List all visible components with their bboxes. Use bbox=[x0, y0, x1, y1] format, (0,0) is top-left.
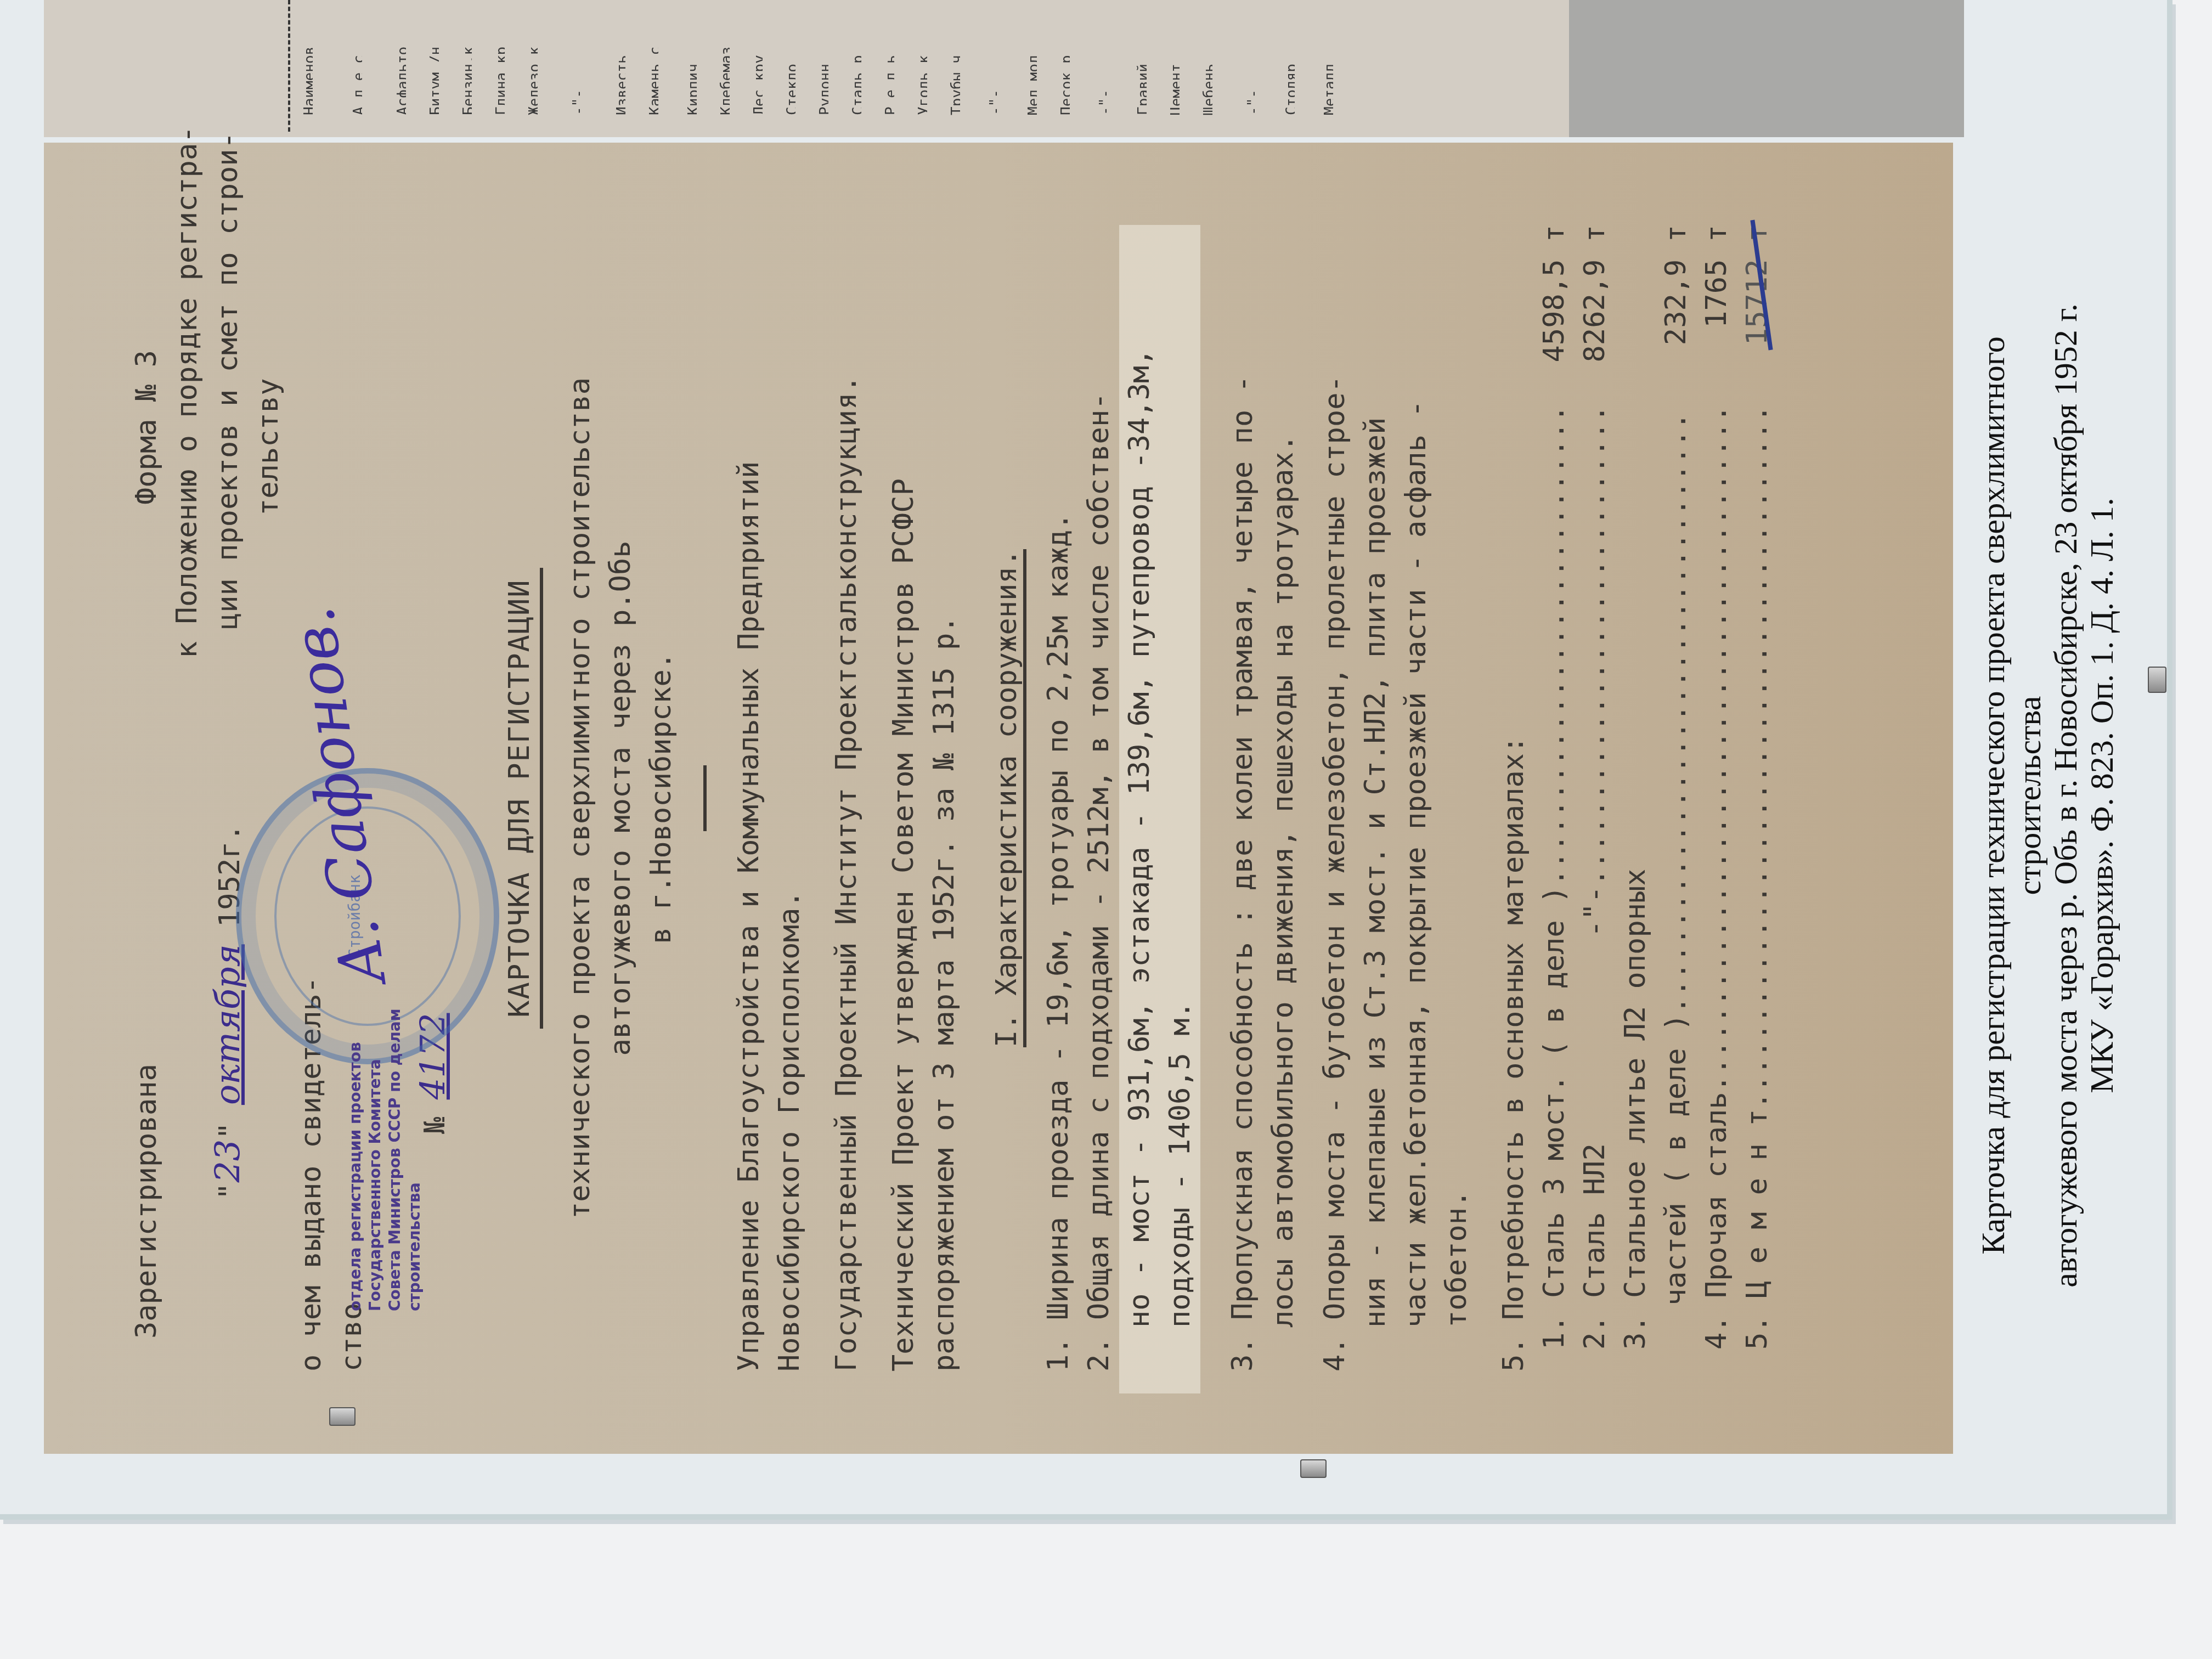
material-row: частей ( в деле ) ......................… bbox=[1656, 225, 1696, 1350]
divider bbox=[703, 765, 707, 831]
bg-column: Битум /н bbox=[428, 5, 439, 115]
background-archival-sheet: Наименов А л е с Асфальто Битум /н Бензи… bbox=[44, 0, 1964, 137]
struck-value: 15712 т bbox=[1741, 225, 1774, 345]
characteristic-item: 1. Ширина проезда - 19,6м, тротуары по 2… bbox=[1038, 225, 1079, 1372]
bg-column: Столяр bbox=[1284, 5, 1295, 115]
dashed-column-line bbox=[288, 0, 290, 132]
bg-column: Железо к bbox=[527, 5, 538, 115]
form-ref-line-1: к Положению о порядке регистра- bbox=[167, 143, 207, 658]
title-block: КАРТОЧКА ДЛЯ РЕГИСТРАЦИИ bbox=[499, 225, 543, 1372]
bg-column: Уголь к bbox=[916, 5, 927, 115]
bg-column: Мел мол bbox=[1026, 5, 1037, 115]
bg-column: Щебень bbox=[1201, 5, 1212, 115]
bg-column: Глина кр bbox=[494, 5, 505, 115]
bg-column: Асфальто bbox=[395, 5, 406, 115]
bg-column: -"- bbox=[988, 5, 998, 115]
material-row: 4. Прочая сталь ........................… bbox=[1696, 225, 1737, 1350]
characteristic-item: 4. Опоры моста - бутобетон и железобетон… bbox=[1314, 225, 1477, 1372]
bg-column: -"- bbox=[571, 5, 582, 115]
bg-column: А л е с bbox=[351, 5, 362, 115]
material-row: 1. Сталь 3 мост. ( в деле ) ............… bbox=[1534, 225, 1575, 1350]
bg-column: -"- bbox=[1245, 5, 1256, 115]
bg-column: Р е л ь bbox=[883, 5, 894, 115]
materials-list: 1. Сталь 3 мост. ( в деле ) ............… bbox=[1534, 225, 1778, 1372]
characteristic-continued: но - мост - 931,6м, эстакада - 139,6м, п… bbox=[1119, 225, 1200, 1393]
material-row: 3. Стальное литье Л2 опорных bbox=[1615, 225, 1656, 1350]
registration-card: Зарегистрирована "23" октября 1952г. о ч… bbox=[44, 143, 1953, 1454]
bg-column: Камень с bbox=[647, 5, 658, 115]
approval: Технический Проект утвержден Советом Мин… bbox=[883, 225, 964, 1372]
frame-clip-icon bbox=[329, 1407, 356, 1426]
form-number: Форма № 3 bbox=[126, 143, 167, 658]
bg-column: -"- bbox=[1097, 5, 1108, 115]
bg-column: Металл bbox=[1322, 5, 1333, 115]
bg-column: Клебемаз bbox=[719, 5, 730, 115]
section-characteristics-title: I. Характеристика сооружения. bbox=[986, 225, 1027, 1372]
caption-line-3: МКУ «Горархив». Ф. 823. Оп. 1. Д. 4. Л. … bbox=[2084, 274, 2120, 1317]
sheet-shadow bbox=[1569, 0, 1964, 137]
bg-column: Цемент bbox=[1169, 5, 1180, 115]
frame-clip-icon bbox=[2148, 667, 2166, 693]
designer: Государственный Проектный Институт Проек… bbox=[826, 225, 867, 1372]
bg-column: Сталь р bbox=[850, 5, 861, 115]
document-title: КАРТОЧКА ДЛЯ РЕГИСТРАЦИИ bbox=[499, 568, 543, 1028]
project-description: технического проекта сверхлимитного стро… bbox=[560, 225, 681, 1372]
form-ref-line-2: ции проектов и смет по строи- bbox=[207, 143, 248, 658]
materials-heading: 5. Потребность в основных материалах: bbox=[1493, 225, 1534, 1372]
bg-column: Известь bbox=[614, 5, 625, 115]
document-photo: Зарегистрирована "23" октября 1952г. о ч… bbox=[44, 143, 1953, 1454]
registration-day: 23 bbox=[207, 1139, 247, 1183]
characteristic-item: 2. Общая длина с подходами - 2512м, в то… bbox=[1079, 225, 1119, 1372]
bg-column: Лес кру bbox=[752, 5, 763, 115]
caption-line-1: Карточка для регистрации технического пр… bbox=[1975, 274, 2047, 1317]
header-row: Зарегистрирована "23" октября 1952г. о ч… bbox=[126, 225, 324, 1372]
customer: Управление Благоустройства и Коммунальны… bbox=[729, 225, 810, 1372]
bg-column: Рулонн bbox=[817, 5, 828, 115]
bg-column: Гравий bbox=[1136, 5, 1147, 115]
bg-column: Песок р bbox=[1059, 5, 1070, 115]
bg-column: Стекло bbox=[785, 5, 795, 115]
registration-month: октября bbox=[207, 944, 247, 1105]
caption-line-2: автогужевого моста через р. Обь в г. Нов… bbox=[2047, 274, 2084, 1317]
frame-clip-icon bbox=[1300, 1459, 1327, 1478]
bg-column: Трубы ч bbox=[949, 5, 960, 115]
material-row: 5. Ц е м е н т .........................… bbox=[1737, 225, 1778, 1350]
museum-caption: Карточка для регистрации технического пр… bbox=[1975, 274, 2118, 1317]
department-stamp: отдела регистрации проектов Государствен… bbox=[346, 949, 425, 1311]
registered-label: Зарегистрирована bbox=[126, 795, 167, 1372]
bg-column: Бензин,к bbox=[461, 5, 472, 115]
characteristic-item: 3. Пропускная способность : две колеи тр… bbox=[1222, 225, 1304, 1372]
bg-column-header: Наименов bbox=[302, 5, 313, 115]
bg-column: Кирпич bbox=[686, 5, 697, 115]
material-row: 2. Сталь НЛ2 -"- .......................… bbox=[1575, 225, 1615, 1350]
